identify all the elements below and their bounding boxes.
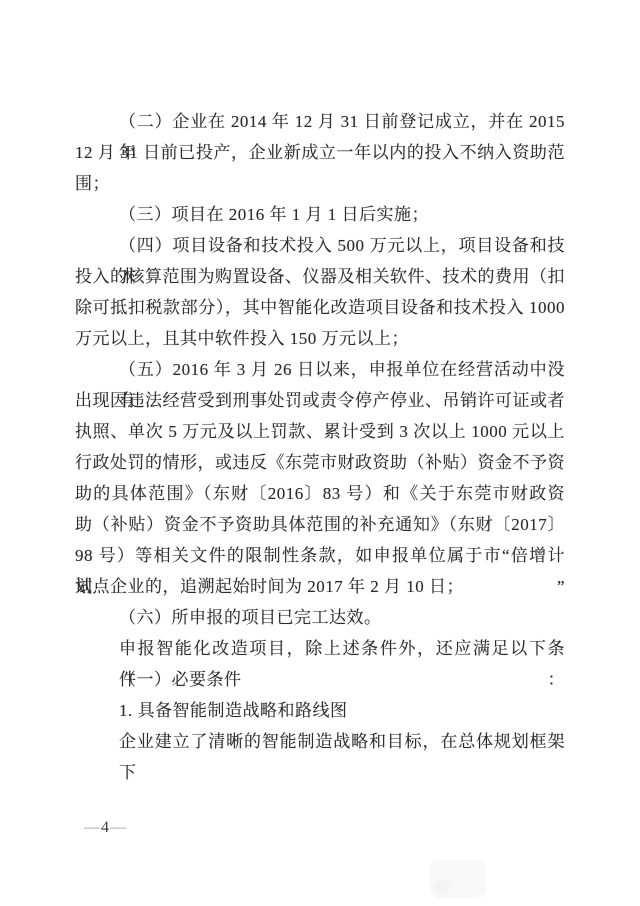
document-line: （四）项目设备和技术投入 500 万元以上，项目设备和技术 [75, 230, 565, 261]
document-line: 申报智能化改造项目，除上述条件外，还应满足以下条件： [75, 633, 565, 664]
document-line: 1. 具备智能制造战略和路线图 [75, 695, 565, 726]
document-line: 万元以上，且其中软件投入 150 万元以上； [75, 323, 565, 354]
document-line: 助（补贴）资金不予资助具体范围的补充通知》（东财〔2017〕 [75, 509, 565, 540]
document-line: 出现因违法经营受到刑事处罚或责令停产停业、吊销许可证或者 [75, 385, 565, 416]
page-number-dash-right: — [110, 819, 127, 836]
document-line: 98 号）等相关文件的限制性条款，如申报单位属于市“倍增计划” [75, 540, 565, 571]
document-page: （二）企业在 2014 年 12 月 31 日前登记成立，并在 2015 年12… [0, 0, 640, 906]
document-line: （六）所申报的项目已完工达效。 [75, 602, 565, 633]
scan-watermark-artifact [430, 860, 486, 898]
document-line: 助的具体范围》（东财〔2016〕83 号）和《关于东莞市财政资 [75, 478, 565, 509]
page-number-dash-left: — [84, 819, 101, 836]
document-line: 围； [75, 168, 565, 199]
document-line: （三）项目在 2016 年 1 月 1 日后实施； [75, 199, 565, 230]
page-number-value: 4 [101, 819, 110, 836]
document-line: 12 月 31 日前已投产，企业新成立一年以内的投入不纳入资助范 [75, 137, 565, 168]
document-line: 行政处罚的情形，或违反《东莞市财政资助（补贴）资金不予资 [75, 447, 565, 478]
page-number: —4— [84, 818, 127, 838]
document-line: （二）企业在 2014 年 12 月 31 日前登记成立，并在 2015 年 [75, 106, 565, 137]
document-line: 企业建立了清晰的智能制造战略和目标，在总体规划框架下 [75, 726, 565, 757]
document-line: 执照、单次 5 万元及以上罚款、累计受到 3 次以上 1000 元以上 [75, 416, 565, 447]
document-line: 除可抵扣税款部分），其中智能化改造项目设备和技术投入 1000 [75, 292, 565, 323]
document-line: 投入的核算范围为购置设备、仪器及相关软件、技术的费用（扣 [75, 261, 565, 292]
document-text-block: （二）企业在 2014 年 12 月 31 日前登记成立，并在 2015 年12… [75, 106, 565, 757]
document-line: （五）2016 年 3 月 26 日以来，申报单位在经营活动中没有 [75, 354, 565, 385]
scan-watermark-dot [434, 880, 450, 894]
